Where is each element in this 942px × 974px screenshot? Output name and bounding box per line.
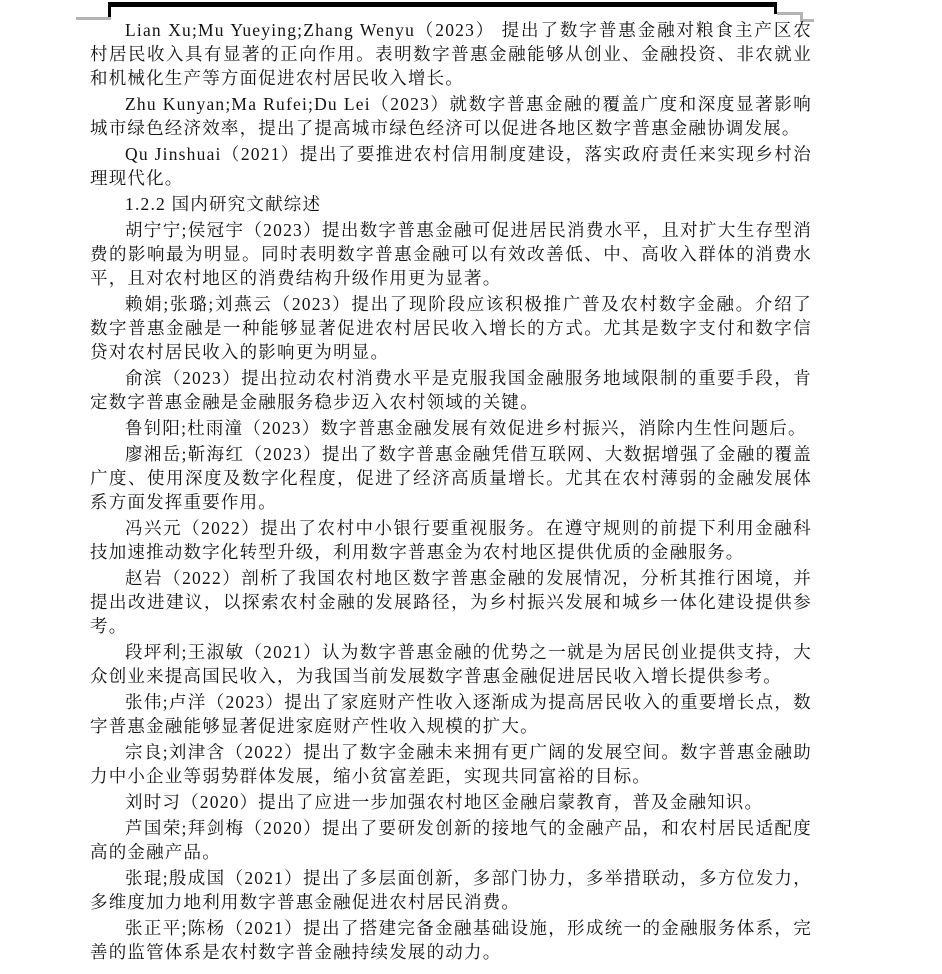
paragraph: 宗良;刘津含（2022）提出了数字金融未来拥有更广阔的发展空间。数字普惠金融助力… — [90, 740, 812, 788]
paragraph: Zhu Kunyan;Ma Rufei;Du Lei（2023）就数字普惠金融的… — [90, 92, 812, 140]
document-body: Lian Xu;Mu Yueying;Zhang Wenyu（2023） 提出了… — [90, 18, 812, 966]
paragraph: 鲁钊阳;杜雨潼（2023）数字普惠金融发展有效促进乡村振兴，消除内生性问题后。 — [90, 416, 812, 440]
paragraph: 冯兴元（2022）提出了农村中小银行要重视服务。在遵守规则的前提下利用金融科技加… — [90, 516, 812, 564]
paragraph: Qu Jinshuai（2021）提出了要推进农村信用制度建设，落实政府责任来实… — [90, 142, 812, 190]
paragraph: 段坪利;王淑敏（2021）认为数字普惠金融的优势之一就是为居民创业提供支持，大众… — [90, 640, 812, 688]
paragraph: 张正平;陈杨（2021）提出了搭建完备金融基础设施，形成统一的金融服务体系，完善… — [90, 916, 812, 964]
paragraph: 张琨;殷成国（2021）提出了多层面创新，多部门协力，多举措联动，多方位发力，多… — [90, 866, 812, 914]
paragraph: 赵岩（2022）剖析了我国农村地区数字普惠金融的发展情况，分析其推行困境，并提出… — [90, 566, 812, 638]
paragraph: 廖湘岳;靳海红（2023）提出了数字普惠金融凭借互联网、大数据增强了金融的覆盖广… — [90, 442, 812, 514]
paragraph: 赖娟;张璐;刘燕云（2023）提出了现阶段应该积极推广普及农村数字金融。介绍了数… — [90, 292, 812, 364]
paragraph: 胡宁宁;侯冠宇（2023）提出数字普惠金融可促进居民消费水平，且对扩大生存型消费… — [90, 218, 812, 290]
paragraph: 芦国荣;拜剑梅（2020）提出了要研发创新的接地气的金融产品，和农村居民适配度高… — [90, 816, 812, 864]
section-heading: 1.2.2 国内研究文献综述 — [90, 192, 812, 216]
page-top-edge-line — [108, 2, 777, 7]
paragraph: 俞滨（2023）提出拉动农村消费水平是克服我国金融服务地域限制的重要手段，肯定数… — [90, 366, 812, 414]
paragraph: 张伟;卢洋（2023）提出了家庭财产性收入逐渐成为提高居民收入的重要增长点，数字… — [90, 690, 812, 738]
paragraph: 刘时习（2020）提出了应进一步加强农村地区金融启蒙教育，普及金融知识。 — [90, 790, 812, 814]
word-document-page: Lian Xu;Mu Yueying;Zhang Wenyu（2023） 提出了… — [0, 0, 942, 974]
paragraph: Lian Xu;Mu Yueying;Zhang Wenyu（2023） 提出了… — [90, 18, 812, 90]
